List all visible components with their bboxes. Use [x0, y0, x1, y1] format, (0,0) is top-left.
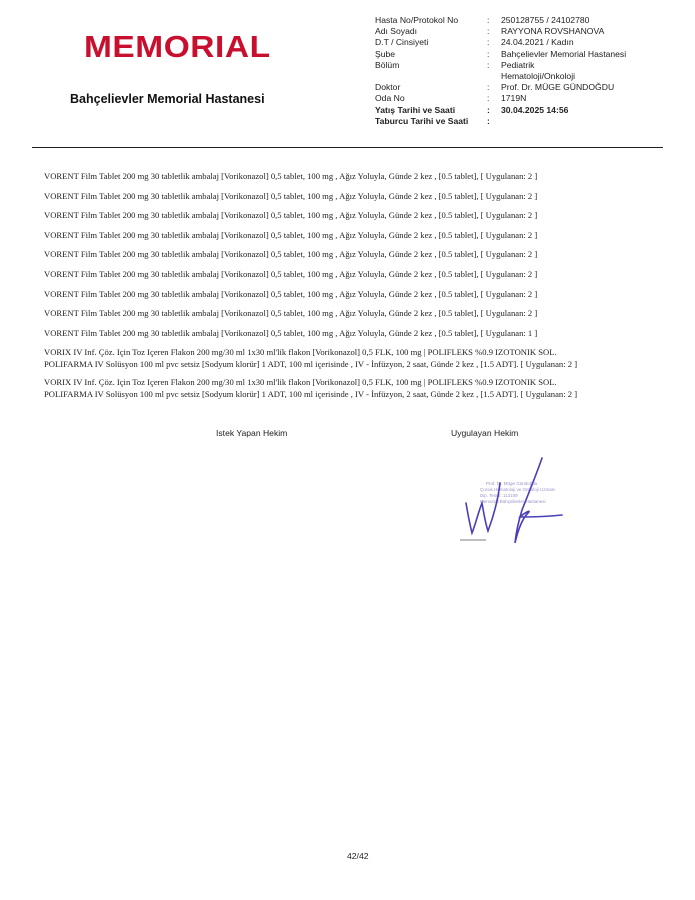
info-label: Taburcu Tarihi ve Saati — [375, 116, 487, 127]
medication-entry: VORENT Film Tablet 200 mg 30 tabletlik a… — [44, 230, 577, 250]
iv-medication-entry: VORIX IV Inf. Çöz. Için Toz Içeren Flako… — [44, 347, 577, 370]
info-sep: : — [487, 37, 501, 48]
info-value: 24.04.2021 / Kadın — [501, 37, 671, 48]
info-row: Oda No:1719N — [375, 93, 671, 104]
medication-entry: VORENT Film Tablet 200 mg 30 tabletlik a… — [44, 191, 577, 211]
page-number: 42/42 — [347, 851, 369, 861]
info-label: Doktor — [375, 82, 487, 93]
info-sep — [487, 71, 501, 82]
info-label: Bölüm — [375, 60, 487, 71]
stamp-line: Çocuk Hematoloji ve Onkoloji Uzmanı — [480, 487, 556, 492]
medication-entry: VORENT Film Tablet 200 mg 30 tabletlik a… — [44, 289, 577, 309]
info-label: Adı Soyadı — [375, 26, 487, 37]
info-label: Hasta No/Protokol No — [375, 15, 487, 26]
info-value: RAYYONA ROVSHANOVA — [501, 26, 671, 37]
info-value: 250128755 / 24102780 — [501, 15, 671, 26]
medication-entry: VORENT Film Tablet 200 mg 30 tabletlik a… — [44, 171, 577, 191]
info-value: 30.04.2025 14:56 — [501, 105, 671, 116]
iv-medication-line2: POLIFARMA IV Solüsyon 100 ml pvc setsiz … — [44, 389, 577, 401]
info-sep: : — [487, 105, 501, 116]
info-label: Oda No — [375, 93, 487, 104]
info-sep: : — [487, 60, 501, 71]
info-sep: : — [487, 49, 501, 60]
iv-medication-entry: VORIX IV Inf. Çöz. Için Toz Içeren Flako… — [44, 377, 577, 400]
medication-list: VORENT Film Tablet 200 mg 30 tabletlik a… — [44, 171, 577, 400]
info-value: 1719N — [501, 93, 671, 104]
medication-entry: VORENT Film Tablet 200 mg 30 tabletlik a… — [44, 210, 577, 230]
iv-medication-line2: POLIFARMA IV Solüsyon 100 ml pvc setsiz … — [44, 359, 577, 371]
memorial-logo: MEMORIAL — [84, 29, 271, 65]
info-value — [501, 116, 671, 127]
requesting-physician-label: Istek Yapan Hekim — [216, 428, 287, 438]
info-row: Bölüm:Pediatrik — [375, 60, 671, 71]
info-sep: : — [487, 116, 501, 127]
medication-entry: VORENT Film Tablet 200 mg 30 tabletlik a… — [44, 308, 577, 328]
info-row: Doktor:Prof. Dr. MÜGE GÜNDOĞDU — [375, 82, 671, 93]
info-sep: : — [487, 82, 501, 93]
info-value: Prof. Dr. MÜGE GÜNDOĞDU — [501, 82, 671, 93]
administering-physician-label: Uygulayan Hekim — [451, 428, 518, 438]
info-row: Hematoloji/Onkoloji — [375, 71, 671, 82]
info-sep: : — [487, 26, 501, 37]
info-sep: : — [487, 15, 501, 26]
info-row: Taburcu Tarihi ve Saati: — [375, 116, 671, 127]
info-value: Hematoloji/Onkoloji — [501, 71, 671, 82]
stamp-line: Prof. Dr. Müge Gündoğdu — [486, 481, 538, 486]
info-row: D.T / Cinsiyeti:24.04.2021 / Kadın — [375, 37, 671, 48]
stamp: Prof. Dr. Müge GündoğduÇocuk Hematoloji … — [480, 481, 556, 504]
iv-medication-line1: VORIX IV Inf. Çöz. Için Toz Içeren Flako… — [44, 347, 577, 359]
info-label: Şube — [375, 49, 487, 60]
medication-entry: VORENT Film Tablet 200 mg 30 tabletlik a… — [44, 269, 577, 289]
iv-medication-line1: VORIX IV Inf. Çöz. Için Toz Içeren Flako… — [44, 377, 577, 389]
info-value: Bahçelievler Memorial Hastanesi — [501, 49, 671, 60]
info-label — [375, 71, 487, 82]
info-row: Yatış Tarihi ve Saati:30.04.2025 14:56 — [375, 105, 671, 116]
medication-entry: VORENT Film Tablet 200 mg 30 tabletlik a… — [44, 328, 577, 348]
hospital-name: Bahçelievler Memorial Hastanesi — [70, 92, 265, 106]
medication-entry: VORENT Film Tablet 200 mg 30 tabletlik a… — [44, 249, 577, 269]
info-label: Yatış Tarihi ve Saati — [375, 105, 487, 116]
physician-signature: Prof. Dr. Müge GündoğduÇocuk Hematoloji … — [458, 455, 578, 545]
stamp-line: Memorial Bahçelievler Hastanesi — [480, 499, 546, 504]
info-row: Hasta No/Protokol No:250128755 / 2410278… — [375, 15, 671, 26]
header-divider — [32, 147, 663, 148]
patient-info-block: Hasta No/Protokol No:250128755 / 2410278… — [375, 15, 671, 127]
info-label: D.T / Cinsiyeti — [375, 37, 487, 48]
info-row: Adı Soyadı:RAYYONA ROVSHANOVA — [375, 26, 671, 37]
info-sep: : — [487, 93, 501, 104]
info-row: Şube:Bahçelievler Memorial Hastanesi — [375, 49, 671, 60]
info-value: Pediatrik — [501, 60, 671, 71]
